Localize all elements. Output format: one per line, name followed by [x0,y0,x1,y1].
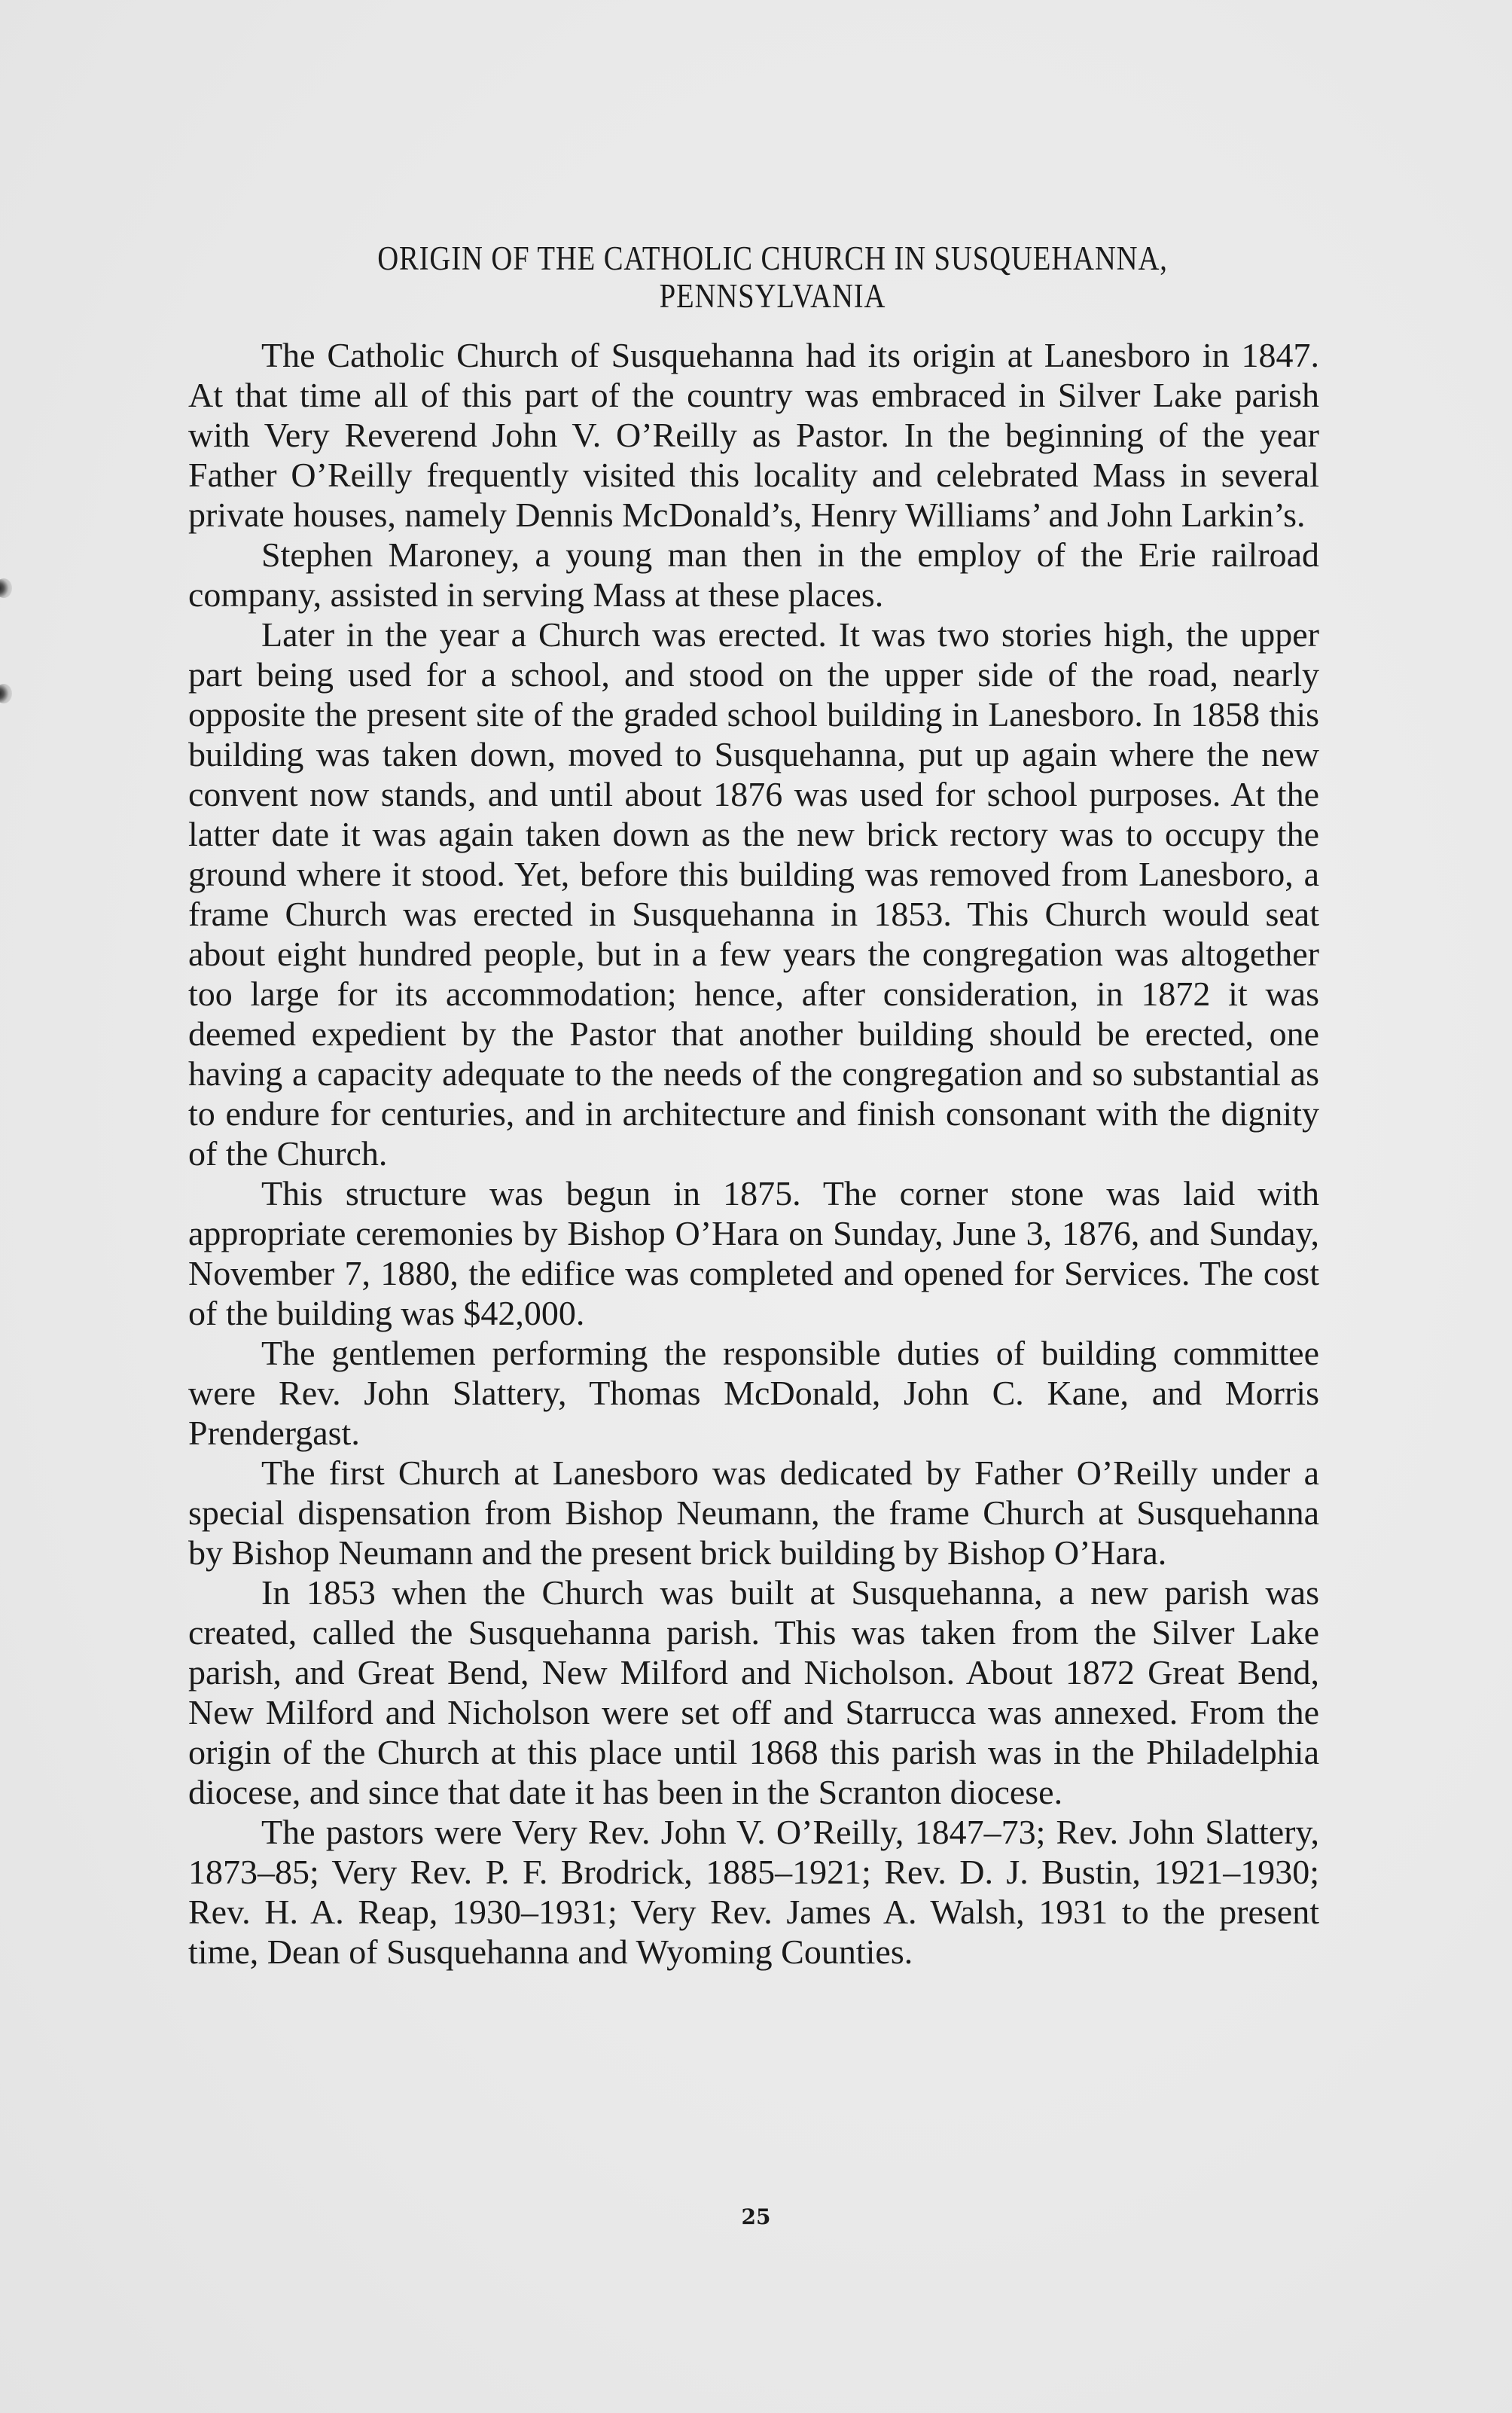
article-body: The Catholic Church of Susquehanna had i… [188,335,1319,1972]
scanned-page: ORIGIN OF THE CATHOLIC CHURCH IN SUSQUEH… [0,0,1512,2413]
page-number: 25 [0,2204,1512,2229]
staple-mark [0,578,12,598]
paragraph-pastors: The pastors were Very Rev. John V. O’Rei… [188,1812,1319,1972]
staple-mark [0,684,12,703]
paragraph-origin: The Catholic Church of Susquehanna had i… [188,335,1319,535]
paragraph-committee: The gentlemen performing the responsible… [188,1333,1319,1453]
title-line-2: PENNSYLVANIA [270,277,1276,315]
paragraph-structure: This structure was begun in 1875. The co… [188,1173,1319,1333]
page-title: ORIGIN OF THE CATHOLIC CHURCH IN SUSQUEH… [270,239,1276,315]
title-line-1: ORIGIN OF THE CATHOLIC CHURCH IN SUSQUEH… [270,239,1276,277]
paragraph-first-church: Later in the year a Church was erected. … [188,615,1319,1173]
paragraph-parish: In 1853 when the Church was built at Sus… [188,1573,1319,1812]
paragraph-dedication: The first Church at Lanesboro was dedica… [188,1453,1319,1573]
paragraph-maroney: Stephen Maroney, a young man then in the… [188,535,1319,615]
